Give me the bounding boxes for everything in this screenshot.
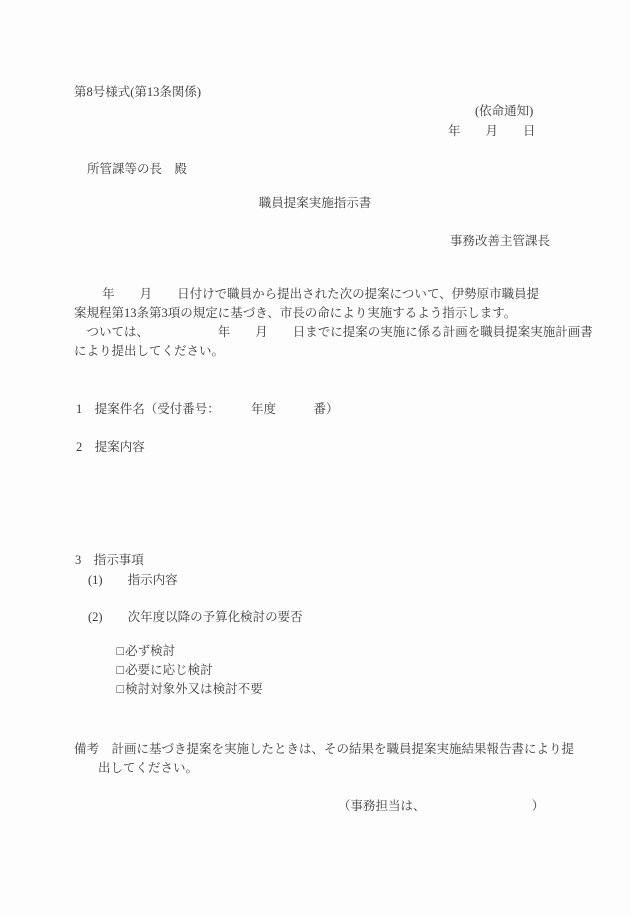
- addressee: 所管課等の長 殿: [87, 162, 187, 177]
- date-line: 年 月 日: [448, 124, 536, 139]
- page-title: 職員提案実施指示書: [0, 196, 630, 211]
- body-paragraph-line-2: 案規程第13条第3項の規定に基づき、市長の命により実施するよう指示します。: [74, 306, 516, 321]
- sender-title: 事務改善主管課長: [450, 234, 550, 249]
- item-3-sub-1-instruction-content: (1) 指示内容: [88, 573, 178, 588]
- form-number: 第8号様式(第13条関係): [74, 85, 201, 100]
- body-paragraph-line-1: 年 月 日付けで職員から提出された次の提案について、伊勢原市職員提: [74, 287, 539, 302]
- budget-option-row-3: □検討対象外又は検討不要: [104, 667, 263, 712]
- checkbox-icon[interactable]: □: [117, 682, 125, 697]
- body-paragraph-line-4: により提出してください。: [74, 344, 224, 359]
- remarks-line-2: 出してください。: [98, 761, 198, 776]
- item-3-sub-2-budget-review: (2) 次年度以降の予算化検討の要否: [88, 610, 303, 625]
- item-3-instructions: 3 指示事項: [75, 553, 144, 568]
- remarks-line-1: 備考 計画に基づき提案を実施したときは、その結果を職員提案実施結果報告書により提: [74, 742, 574, 757]
- budget-option-label-3: 検討対象外又は検討不要: [125, 682, 263, 696]
- item-1-proposal-title: 1 提案件名（受付番号： 年度 番）: [76, 402, 339, 417]
- body-paragraph-line-3: ついては、 年 月 日までに提案の実施に係る計画を職員提案実施計画書: [74, 325, 593, 340]
- order-notice: (依命通知): [475, 104, 533, 119]
- item-2-proposal-content: 2 提案内容: [76, 440, 145, 455]
- document-page: 第8号様式(第13条関係) (依命通知) 年 月 日 所管課等の長 殿 職員提案…: [0, 0, 630, 915]
- clerk-note: （事務担当は、 ）: [338, 799, 544, 814]
